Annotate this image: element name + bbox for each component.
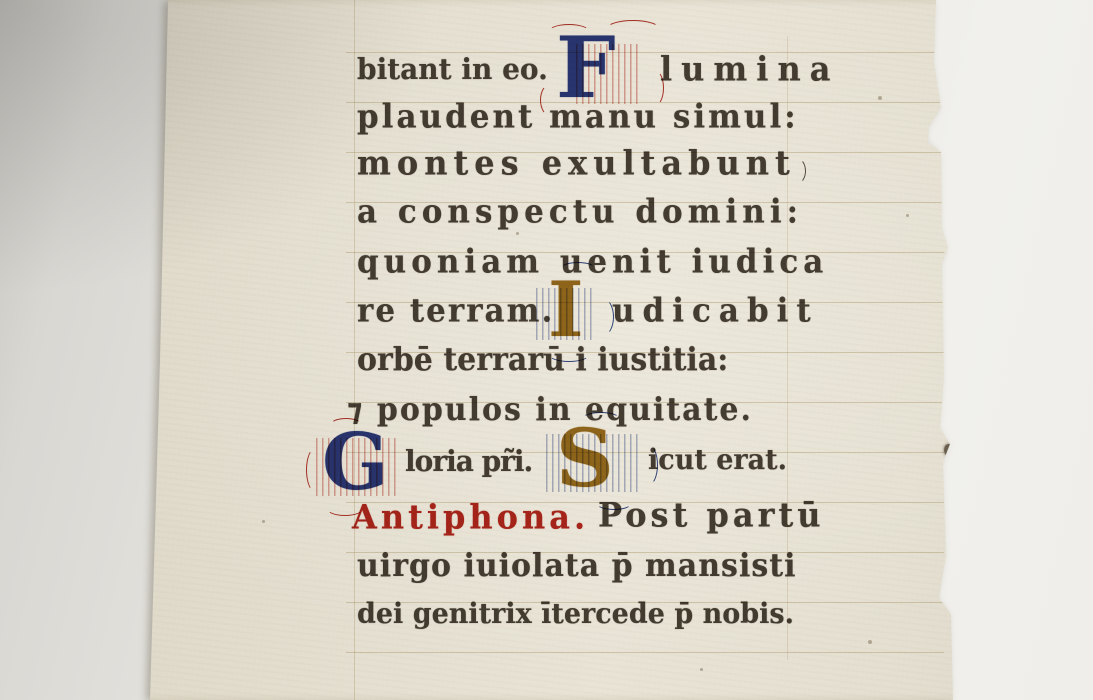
penwork-flourish — [638, 444, 658, 486]
text-line-4: a conspectu domini: — [357, 195, 803, 229]
penwork-flourish — [548, 24, 590, 40]
penwork-flourish — [606, 20, 660, 38]
vellum-leaf-shadow: F I G S bitant in eo. lumina plaudent ma… — [0, 0, 1093, 700]
edge-hole — [944, 444, 953, 456]
stain-speck — [700, 668, 703, 671]
text-line-6a: re terram. — [357, 294, 554, 328]
photo-of-manuscript-leaf: F I G S bitant in eo. lumina plaudent ma… — [0, 0, 1093, 700]
stain-speck — [906, 214, 909, 217]
penwork-flourish — [548, 346, 590, 362]
illuminated-initial-s: S — [556, 418, 614, 498]
text-line-11: uirgo iuiolata p̄ mansisti — [357, 550, 796, 583]
vellum-leaf: F I G S bitant in eo. lumina plaudent ma… — [0, 0, 1093, 700]
penwork-flourish — [330, 418, 362, 432]
text-line-6b: udicabit — [612, 294, 819, 328]
stain-speck — [262, 520, 265, 523]
text-line-9b: icut erat. — [648, 446, 787, 476]
penwork-flourish — [596, 496, 632, 510]
text-line-12: dei genitrix ītercede p̄ nobis. — [357, 600, 794, 630]
penwork-flourish — [582, 412, 620, 426]
penwork-flourish — [592, 298, 614, 336]
text-line-3: montes exultabunt — [357, 146, 796, 181]
illuminated-initial-g: G — [322, 424, 389, 502]
stain-speck — [878, 96, 882, 100]
text-line-8: ⁊ populos in equitate. — [347, 394, 753, 427]
text-line-9a: loria pr̃i. — [405, 446, 532, 477]
ruling-line-vertical-left — [354, 0, 355, 700]
stain-speck — [516, 232, 519, 235]
illuminated-initial-i: I — [548, 272, 584, 348]
stain-speck — [868, 640, 872, 644]
penwork-flourish — [540, 84, 560, 116]
text-line-1b: lumina — [660, 52, 839, 87]
line-filler-flourish — [788, 158, 806, 184]
penwork-flourish — [306, 448, 324, 492]
penwork-flourish — [560, 262, 596, 276]
penwork-flourish — [326, 500, 364, 516]
text-line-1a: bitant in eo. — [357, 54, 548, 85]
text-line-5: quoniam uenit iudica — [357, 245, 828, 279]
text-line-7: orbē terrarū i iustitia: — [357, 344, 728, 377]
penwork-flourish — [646, 70, 664, 106]
